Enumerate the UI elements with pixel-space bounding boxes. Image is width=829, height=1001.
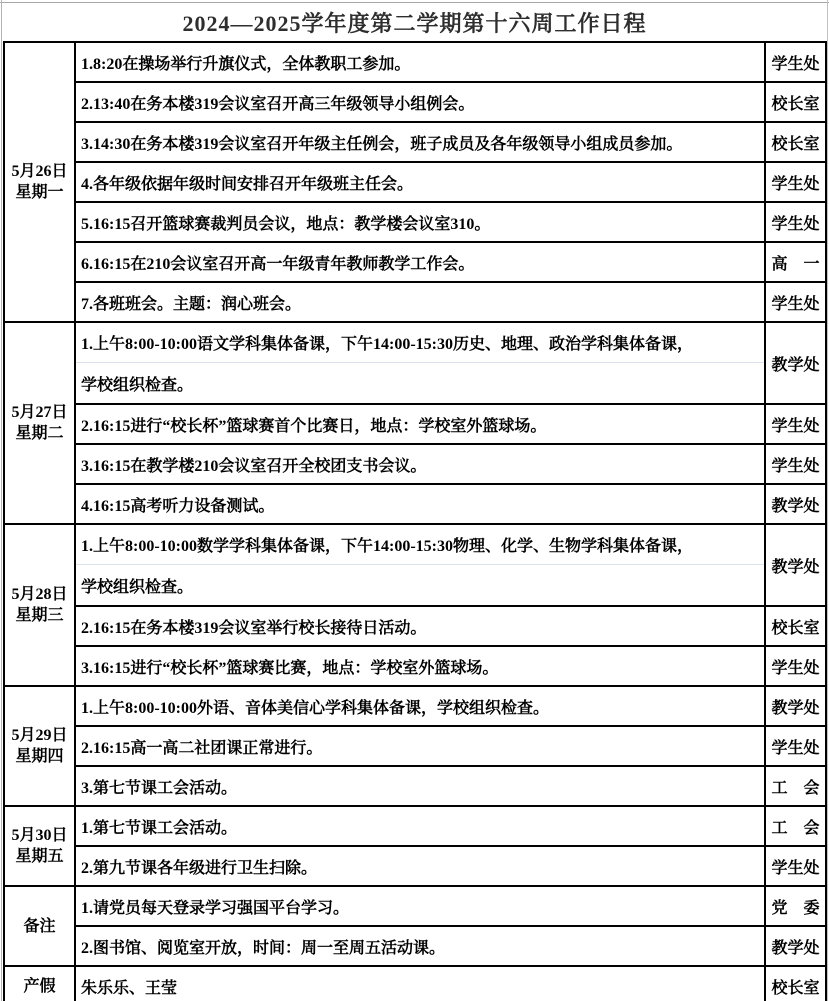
task-cell: 2.图书馆、阅览室开放，时间：周一至周五活动课。 bbox=[75, 926, 765, 966]
table-row: 2.16:15高一高二社团课正常进行。学生处 bbox=[4, 726, 826, 766]
task-cell: 1.上午8:00-10:00语文学科集体备课，下午14:00-15:30历史、地… bbox=[75, 322, 765, 404]
date-label: 5月30日 bbox=[6, 825, 73, 846]
weekday-label: 星期三 bbox=[6, 605, 73, 626]
weekday-label: 星期二 bbox=[6, 423, 73, 444]
department-cell: 教学处 bbox=[765, 686, 826, 726]
department-cell: 学生处 bbox=[765, 846, 826, 886]
weekly-schedule-table: 5月26日星期一1.8:20在操场举行升旗仪式，全体教职工参加。学生处2.13:… bbox=[3, 41, 827, 1001]
department-cell: 学生处 bbox=[765, 404, 826, 444]
department-cell: 教学处 bbox=[765, 524, 826, 606]
task-cell: 1.上午8:00-10:00外语、音体美信心学科集体备课，学校组织检查。 bbox=[75, 686, 765, 726]
date-label: 5月26日 bbox=[6, 161, 73, 182]
table-row: 备注1.请党员每天登录学习强国平台学习。党 委 bbox=[4, 886, 826, 926]
task-cell: 2.16:15高一高二社团课正常进行。 bbox=[75, 726, 765, 766]
weekday-label: 星期五 bbox=[6, 846, 73, 867]
table-row: 5月27日星期二1.上午8:00-10:00语文学科集体备课，下午14:00-1… bbox=[4, 322, 826, 404]
table-row: 4.16:15高考听力设备测试。教学处 bbox=[4, 484, 826, 524]
task-cell: 2.16:15进行“校长杯”篮球赛首个比赛日，地点：学校室外篮球场。 bbox=[75, 404, 765, 444]
table-row: 5月26日星期一1.8:20在操场举行升旗仪式，全体教职工参加。学生处 bbox=[4, 42, 826, 82]
date-cell: 备注 bbox=[4, 886, 75, 966]
department-cell: 学生处 bbox=[765, 726, 826, 766]
task-text-line1: 1.上午8:00-10:00数学学科集体备课，下午14:00-15:30物理、化… bbox=[76, 525, 764, 565]
table-row: 2.13:40在务本楼319会议室召开高三年级领导小组例会。校长室 bbox=[4, 82, 826, 122]
date-cell: 5月27日星期二 bbox=[4, 322, 75, 524]
task-cell: 7.各班班会。主题：润心班会。 bbox=[75, 282, 765, 322]
department-cell: 学生处 bbox=[765, 202, 826, 242]
department-cell: 教学处 bbox=[765, 484, 826, 524]
department-cell: 学生处 bbox=[765, 646, 826, 686]
weekday-label: 星期一 bbox=[6, 182, 73, 203]
schedule-table-body: 5月26日星期一1.8:20在操场举行升旗仪式，全体教职工参加。学生处2.13:… bbox=[4, 42, 826, 1001]
table-row: 3.16:15在教学楼210会议室召开全校团支书会议。学生处 bbox=[4, 444, 826, 484]
table-row: 7.各班班会。主题：润心班会。学生处 bbox=[4, 282, 826, 322]
department-cell: 教学处 bbox=[765, 926, 826, 966]
date-cell: 5月26日星期一 bbox=[4, 42, 75, 322]
task-cell: 6.16:15在210会议室召开高一年级青年教师教学工作会。 bbox=[75, 242, 765, 282]
department-cell: 校长室 bbox=[765, 966, 826, 1001]
task-cell: 1.8:20在操场举行升旗仪式，全体教职工参加。 bbox=[75, 42, 765, 82]
department-cell: 校长室 bbox=[765, 122, 826, 162]
task-cell: 4.各年级依据年级时间安排召开年级班主任会。 bbox=[75, 162, 765, 202]
date-label: 5月28日 bbox=[6, 584, 73, 605]
table-row: 5.16:15召开篮球赛裁判员会议，地点：教学楼会议室310。学生处 bbox=[4, 202, 826, 242]
department-cell: 学生处 bbox=[765, 42, 826, 82]
department-cell: 党 委 bbox=[765, 886, 826, 926]
task-cell: 3.第七节课工会活动。 bbox=[75, 766, 765, 806]
task-cell: 3.14:30在务本楼319会议室召开年级主任例会，班子成员及各年级领导小组成员… bbox=[75, 122, 765, 162]
task-text-line2: 学校组织检查。 bbox=[76, 363, 764, 403]
date-label: 5月29日 bbox=[6, 725, 73, 746]
date-cell: 5月30日星期五 bbox=[4, 806, 75, 886]
department-cell: 校长室 bbox=[765, 606, 826, 646]
task-cell: 4.16:15高考听力设备测试。 bbox=[75, 484, 765, 524]
task-cell: 1.第七节课工会活动。 bbox=[75, 806, 765, 846]
table-row: 产假朱乐乐、王莹校长室 bbox=[4, 966, 826, 1001]
department-cell: 工 会 bbox=[765, 806, 826, 846]
department-cell: 学生处 bbox=[765, 444, 826, 484]
date-label: 产假 bbox=[6, 976, 73, 997]
table-row: 2.16:15在务本楼319会议室举行校长接待日活动。校长室 bbox=[4, 606, 826, 646]
department-cell: 教学处 bbox=[765, 322, 826, 404]
date-label: 5月27日 bbox=[6, 402, 73, 423]
task-cell: 3.16:15在教学楼210会议室召开全校团支书会议。 bbox=[75, 444, 765, 484]
task-cell: 朱乐乐、王莹 bbox=[75, 966, 765, 1001]
table-row: 3.第七节课工会活动。工 会 bbox=[4, 766, 826, 806]
table-row: 3.14:30在务本楼319会议室召开年级主任例会，班子成员及各年级领导小组成员… bbox=[4, 122, 826, 162]
task-text-line1: 1.上午8:00-10:00语文学科集体备课，下午14:00-15:30历史、地… bbox=[76, 323, 764, 363]
date-cell: 产假 bbox=[4, 966, 75, 1001]
sheet-gridline-right bbox=[827, 0, 828, 1001]
table-row: 2.图书馆、阅览室开放，时间：周一至周五活动课。教学处 bbox=[4, 926, 826, 966]
table-row: 5月30日星期五1.第七节课工会活动。工 会 bbox=[4, 806, 826, 846]
date-cell: 5月29日星期四 bbox=[4, 686, 75, 806]
task-cell: 5.16:15召开篮球赛裁判员会议，地点：教学楼会议室310。 bbox=[75, 202, 765, 242]
department-cell: 工 会 bbox=[765, 766, 826, 806]
weekday-label: 星期四 bbox=[6, 746, 73, 767]
sheet-gridline-left bbox=[1, 0, 2, 1001]
department-cell: 学生处 bbox=[765, 162, 826, 202]
department-cell: 校长室 bbox=[765, 82, 826, 122]
date-label: 备注 bbox=[6, 916, 73, 937]
page-title: 2024—2025学年度第二学期第十六周工作日程 bbox=[0, 3, 829, 41]
spreadsheet-sheet: 2024—2025学年度第二学期第十六周工作日程 5月26日星期一1.8:20在… bbox=[0, 0, 829, 1001]
task-cell: 1.上午8:00-10:00数学学科集体备课，下午14:00-15:30物理、化… bbox=[75, 524, 765, 606]
table-row: 2.16:15进行“校长杯”篮球赛首个比赛日，地点：学校室外篮球场。学生处 bbox=[4, 404, 826, 444]
task-cell: 2.13:40在务本楼319会议室召开高三年级领导小组例会。 bbox=[75, 82, 765, 122]
table-row: 5月29日星期四1.上午8:00-10:00外语、音体美信心学科集体备课，学校组… bbox=[4, 686, 826, 726]
table-row: 3.16:15进行“校长杯”篮球赛比赛，地点：学校室外篮球场。学生处 bbox=[4, 646, 826, 686]
task-cell: 3.16:15进行“校长杯”篮球赛比赛，地点：学校室外篮球场。 bbox=[75, 646, 765, 686]
task-text-line2: 学校组织检查。 bbox=[76, 565, 764, 605]
task-cell: 2.第九节课各年级进行卫生扫除。 bbox=[75, 846, 765, 886]
table-row: 5月28日星期三1.上午8:00-10:00数学学科集体备课，下午14:00-1… bbox=[4, 524, 826, 606]
task-cell: 1.请党员每天登录学习强国平台学习。 bbox=[75, 886, 765, 926]
department-cell: 学生处 bbox=[765, 282, 826, 322]
task-cell: 2.16:15在务本楼319会议室举行校长接待日活动。 bbox=[75, 606, 765, 646]
department-cell: 高 一 bbox=[765, 242, 826, 282]
date-cell: 5月28日星期三 bbox=[4, 524, 75, 686]
table-row: 6.16:15在210会议室召开高一年级青年教师教学工作会。高 一 bbox=[4, 242, 826, 282]
table-row: 2.第九节课各年级进行卫生扫除。学生处 bbox=[4, 846, 826, 886]
table-row: 4.各年级依据年级时间安排召开年级班主任会。学生处 bbox=[4, 162, 826, 202]
